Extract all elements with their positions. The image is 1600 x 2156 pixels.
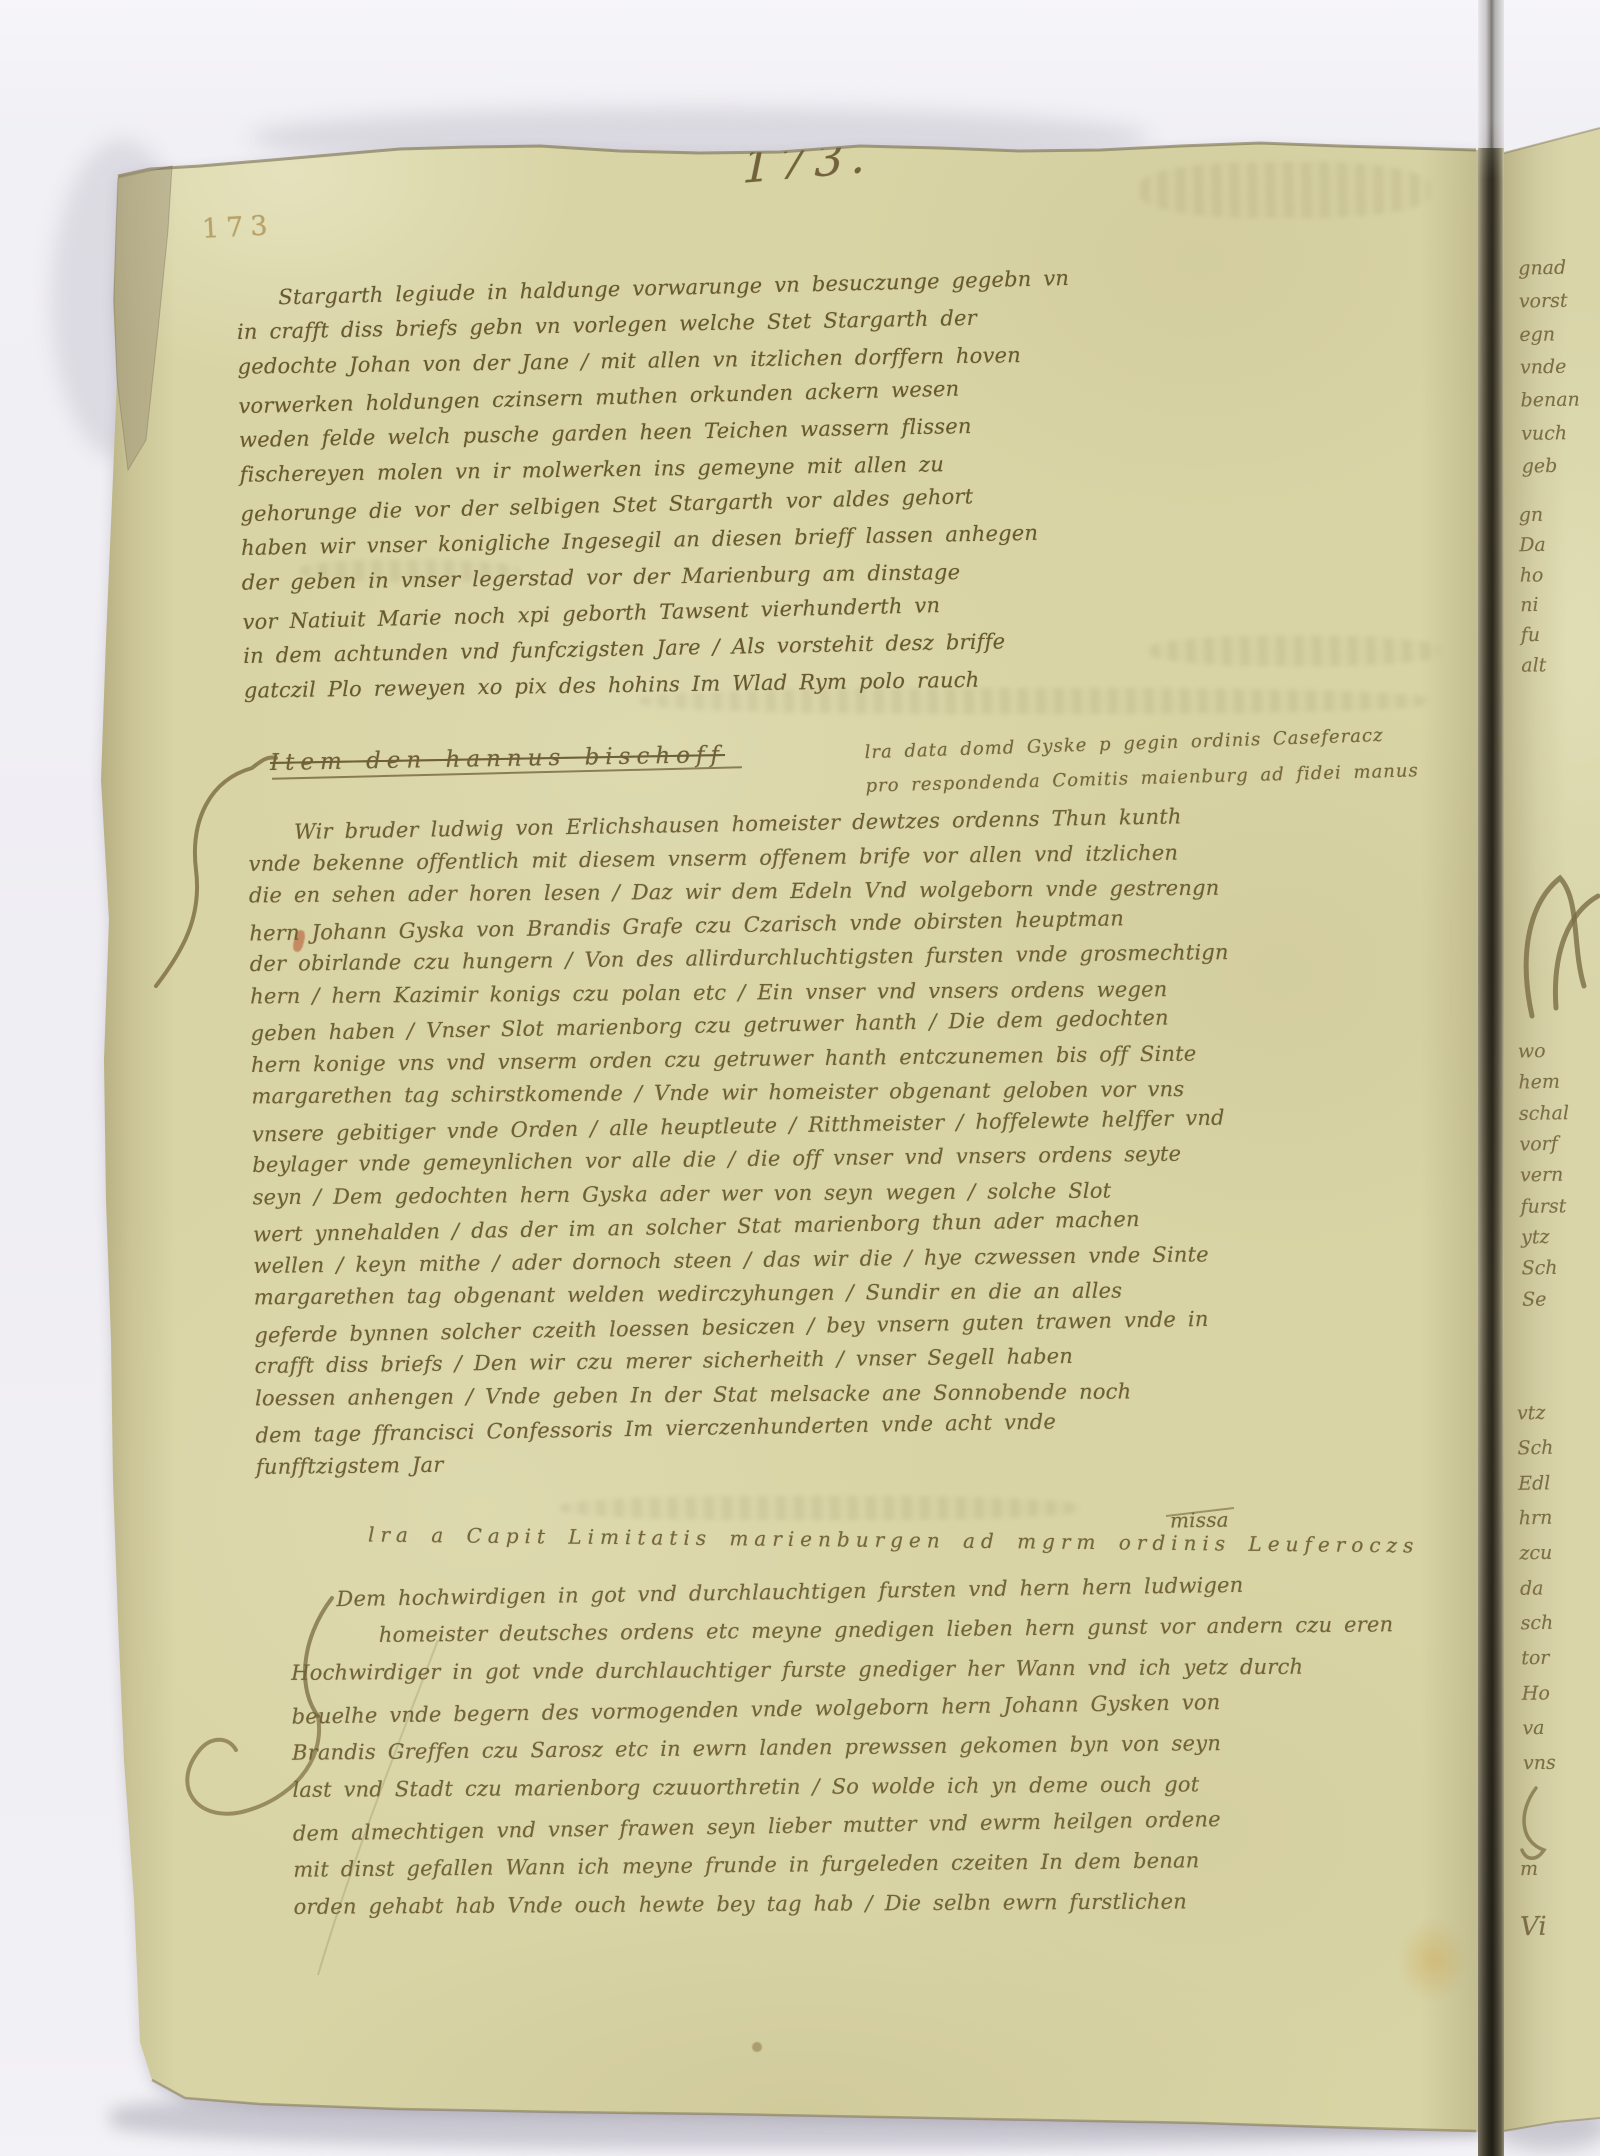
manuscript-text-line: gn (1518, 500, 1545, 531)
manuscript-text-line: furst (1520, 1191, 1570, 1223)
chancery-note: lra data domd Gyske p gegin ordinis Case… (864, 718, 1419, 803)
facing-page-text-fragments: gnDahonifualt (1518, 500, 1548, 680)
manuscript-text-line: vorf (1519, 1128, 1570, 1160)
manuscript-text-line: geb (1521, 449, 1581, 483)
entry-marienburg-paragraph: Wir bruder ludwig von Erlichshausen home… (248, 802, 1235, 1484)
manuscript-photo: 173 173. Stargarth legiude in haldunge v… (0, 0, 1600, 2156)
missa-label: missa (1170, 1507, 1229, 1532)
folio-number: 173. (742, 128, 873, 194)
manuscript-text-line: va (1522, 1711, 1559, 1747)
manuscript-text-line: vns (1523, 1746, 1560, 1782)
entry-petition-paragraph: Dem hochwirdigen in got vnd durchlauchti… (290, 1566, 1396, 1929)
address-line: lra a Capit Limitatis marienburgen ad mg… (368, 1522, 1420, 1557)
manuscript-text-line: vuch (1521, 417, 1581, 451)
showthrough-marks (1150, 636, 1440, 666)
manuscript-text-line: ni (1520, 590, 1547, 621)
manuscript-text-line: ho (1520, 560, 1547, 590)
manuscript-text-line: sch (1520, 1606, 1557, 1642)
facing-page-text-fragment: Vi (1520, 1912, 1547, 1942)
manuscript-verso-page: 173 173. Stargarth legiude in haldunge v… (0, 0, 1600, 2156)
binding-gutter (1478, 0, 1504, 2156)
manuscript-text-line: benan (1520, 383, 1580, 417)
manuscript-text-line: orden gehabt hab Vnde ouch hewte bey tag… (294, 1881, 1397, 1927)
showthrough-marks (1140, 162, 1430, 218)
manuscript-text-line: hrn (1518, 1501, 1555, 1537)
manuscript-text-line: schal (1519, 1098, 1569, 1130)
manuscript-text-line: Sch (1521, 1253, 1572, 1285)
binding-gutter-top (1478, 0, 1504, 148)
manuscript-text-line: zcu (1519, 1536, 1556, 1572)
manuscript-text-line: Sch (1517, 1431, 1554, 1467)
small-stain (752, 2042, 762, 2052)
manuscript-text-line: ytz (1521, 1221, 1572, 1253)
manuscript-text-line: vorst (1519, 284, 1579, 318)
facing-page-text-fragment: m (1520, 1858, 1538, 1880)
manuscript-text-line: gnad (1518, 251, 1578, 285)
manuscript-text-line: vtz (1517, 1396, 1554, 1432)
manuscript-text-line: Edl (1518, 1466, 1554, 1501)
cancelled-entry: Item den hannus bischoff (270, 742, 725, 776)
manuscript-text-line: vnde (1520, 350, 1580, 384)
left-deckle-edge (96, 150, 176, 2110)
manuscript-text-line: egn (1519, 318, 1579, 352)
manuscript-text-line: hem (1518, 1067, 1569, 1099)
manuscript-text-line: tor (1521, 1641, 1558, 1677)
manuscript-text-line: Da (1519, 530, 1546, 560)
manuscript-page-wrap: 173 173. Stargarth legiude in haldunge v… (0, 0, 1600, 2156)
archival-stamp-number: 173 (201, 210, 275, 245)
manuscript-text-line: alt (1521, 650, 1548, 680)
ink-stain (1398, 1918, 1468, 2002)
manuscript-text-line: da (1520, 1571, 1556, 1606)
showthrough-marks (560, 1496, 1080, 1520)
facing-page-text-fragments: wohemschalvorfvernfurstytzSchSe (1518, 1036, 1573, 1316)
manuscript-text-line: wo (1517, 1035, 1568, 1067)
manuscript-text-line: vern (1520, 1160, 1571, 1192)
facing-recto-page: gnadvorstegnvndebenanvuchgeb gnDahonifua… (1504, 0, 1600, 2156)
manuscript-text-line: fu (1521, 620, 1548, 650)
facing-page-text-fragments: vtzSchEdlhrnzcudaschtorHovavns (1517, 1396, 1560, 1782)
manuscript-text-line: Se (1522, 1284, 1572, 1316)
facing-page-text-fragments: gnadvorstegnvndebenanvuchgeb (1518, 252, 1581, 484)
entry-stargard-paragraph: Stargarth legiude in haldunge vorwarunge… (236, 262, 1077, 710)
gutter-side-shading (1420, 140, 1478, 2140)
manuscript-text-line: Ho (1522, 1676, 1558, 1711)
